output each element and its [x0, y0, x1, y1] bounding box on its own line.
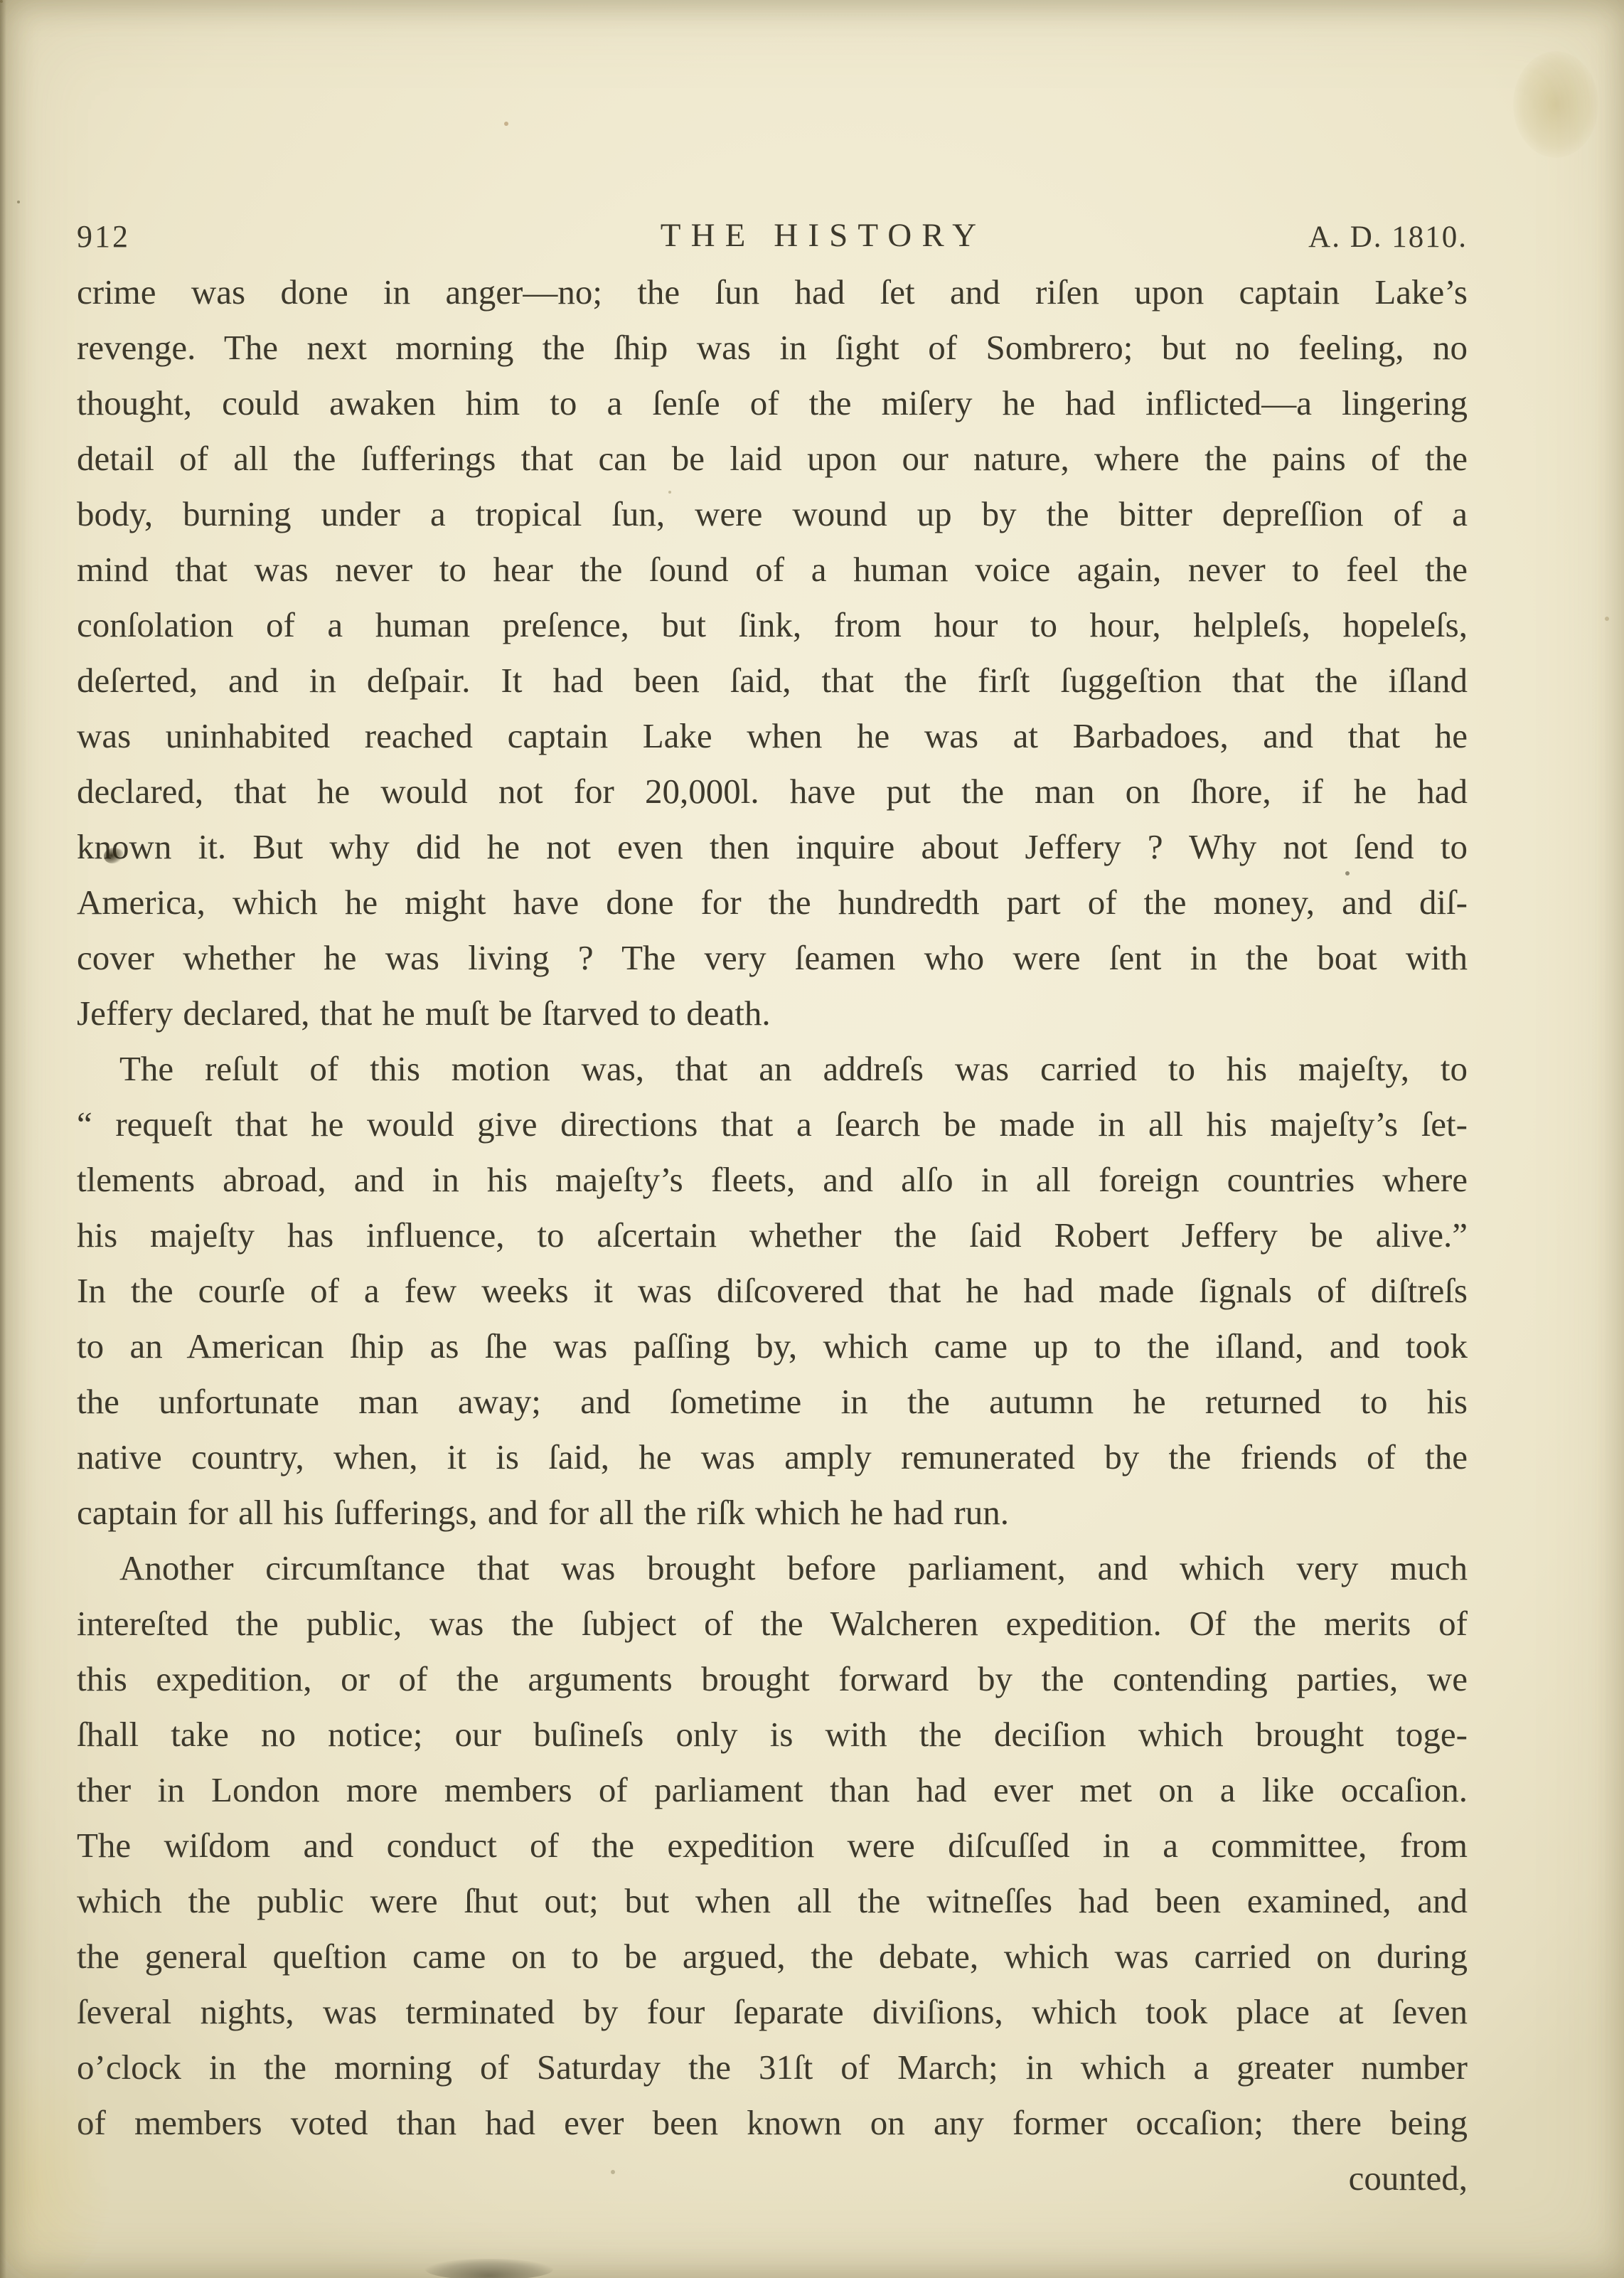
page-number: 912 [77, 218, 130, 255]
text-line: which the public were ſhut out; but when… [77, 1873, 1468, 1929]
page-header: 912 THE HISTORY A. D. 1810. [77, 212, 1468, 255]
body-lines: crime was done in anger—no; the ſun had … [77, 265, 1468, 2151]
text-line: In the courſe of a few weeks it was diſc… [77, 1263, 1468, 1319]
text-line: intereſted the public, was the ſubject o… [77, 1596, 1468, 1651]
text-line: o’clock in the morning of Saturday the 3… [77, 2040, 1468, 2095]
text-line: captain for all his ſufferings, and for … [77, 1485, 1468, 1540]
text-line: native country, when, it is ſaid, he was… [77, 1430, 1468, 1485]
text-line: detail of all the ſufferings that can be… [77, 431, 1468, 486]
text-line: ſhall take no notice; our buſineſs only … [77, 1707, 1468, 1762]
text-line: ſeveral nights, was terminated by four ſ… [77, 1984, 1468, 2040]
text-line: ther in London more members of parliamen… [77, 1762, 1468, 1818]
bottom-edge-smudge [425, 2259, 553, 2278]
text-line: America, which he might have done for th… [77, 875, 1468, 930]
text-line: cover whether he was living ? The very ſ… [77, 930, 1468, 986]
text-line: “ requeſt that he would give directions … [77, 1097, 1468, 1152]
text-line: conſolation of a human preſence, but ſin… [77, 597, 1468, 653]
page-title: THE HISTORY [661, 216, 986, 255]
page-left-edge [0, 0, 6, 2278]
book-page-scan: 912 THE HISTORY A. D. 1810. crime was do… [0, 0, 1624, 2278]
text-line: Another circumſtance that was brought be… [77, 1540, 1468, 1596]
text-line: body, burning under a tropical ſun, were… [77, 486, 1468, 542]
text-line: The wiſdom and conduct of the expedition… [77, 1818, 1468, 1873]
text-line: tlements abroad, and in his majeſty’s fl… [77, 1152, 1468, 1208]
text-line: Jeffery declared, that he muſt be ſtarve… [77, 986, 1468, 1041]
page-date: A. D. 1810. [1308, 220, 1468, 255]
text-line: his majeſty has influence, to aſcertain … [77, 1208, 1468, 1263]
text-line: the general queſtion came on to be argue… [77, 1929, 1468, 1984]
text-line: known it. But why did he not even then i… [77, 819, 1468, 875]
body-text: crime was done in anger—no; the ſun had … [77, 265, 1468, 2206]
text-line: crime was done in anger—no; the ſun had … [77, 265, 1468, 320]
text-line: was uninhabited reached captain Lake whe… [77, 708, 1468, 764]
text-line: the unfortunate man away; and ſometime i… [77, 1374, 1468, 1430]
text-line: revenge. The next morning the ſhip was i… [77, 320, 1468, 376]
text-line: deſerted, and in deſpair. It had been ſa… [77, 653, 1468, 708]
catchword: counted, [77, 2151, 1468, 2206]
text-line: this expedition, or of the arguments bro… [77, 1651, 1468, 1707]
text-line: The reſult of this motion was, that an a… [77, 1041, 1468, 1097]
text-line: mind that was never to hear the ſound of… [77, 542, 1468, 597]
text-line: thought, could awaken him to a ſenſe of … [77, 376, 1468, 431]
text-line: to an American ſhip as ſhe was paſſing b… [77, 1319, 1468, 1374]
text-line: of members voted than had ever been know… [77, 2095, 1468, 2151]
foxing-stain [1513, 51, 1598, 158]
text-line: declared, that he would not for 20,000l.… [77, 764, 1468, 819]
